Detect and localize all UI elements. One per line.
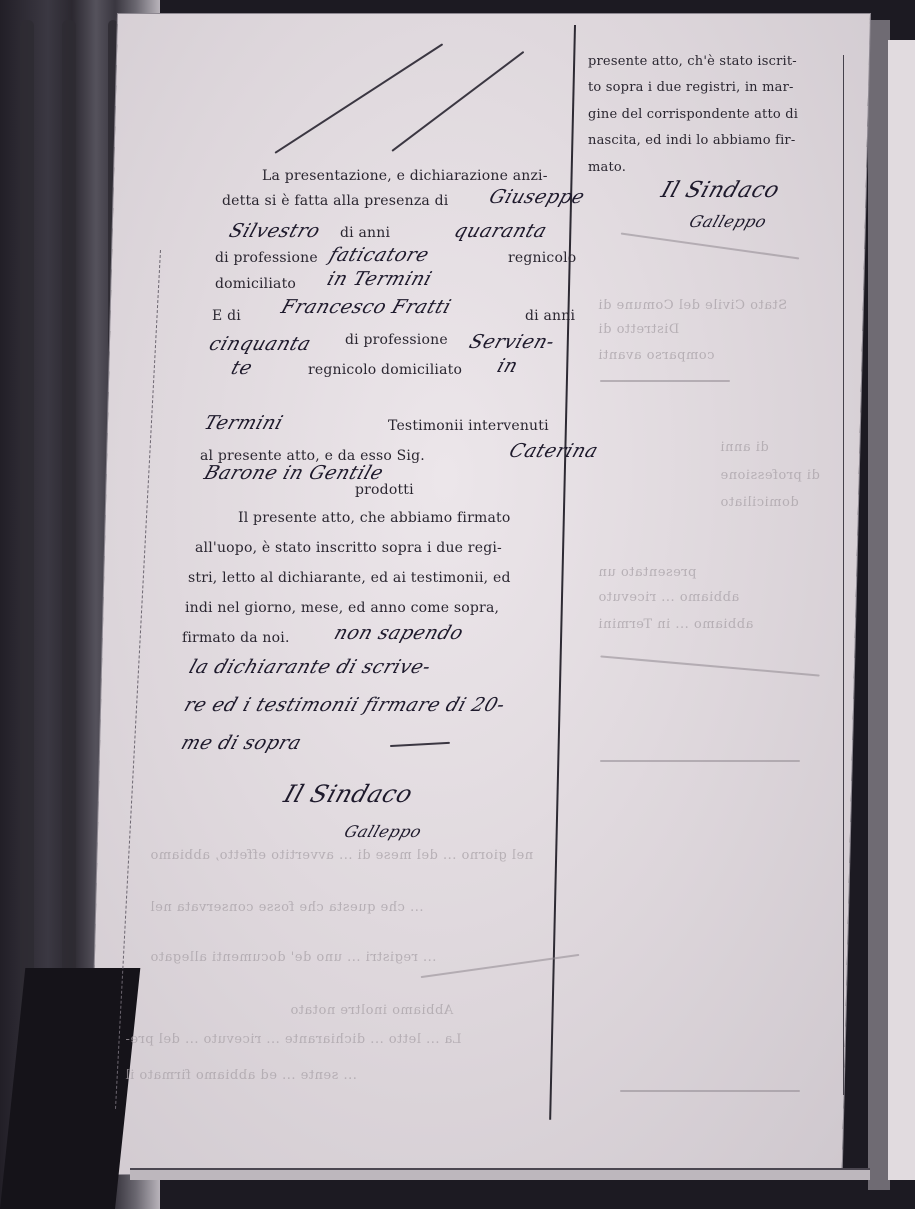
printed-text: di anni [525, 308, 575, 324]
closing-paragraph-line: firmato da noi. [182, 630, 290, 646]
bleed-through-line: abbiamo ... in Termini [598, 617, 753, 632]
printed-text: di anni [340, 225, 390, 241]
handwritten-residence: in Termini [324, 268, 434, 290]
handwritten-declarant-surname: Barone in Gentile [201, 462, 386, 484]
handwritten-age: quaranta [451, 220, 549, 242]
closing-paragraph-line: all'uopo, è stato inscritto sopra i due … [195, 540, 502, 556]
bleed-through-line: domiciliato [720, 495, 799, 510]
handwritten-profession: Servien- [466, 331, 557, 353]
right-paragraph-line: presente atto, ch'è stato iscrit- [588, 54, 797, 69]
handwritten-note-line: la dichiarante di scrive- [186, 656, 433, 678]
printed-text: regnicolo [508, 250, 576, 266]
bleed-through-line: Distretto di [598, 322, 679, 337]
printed-text: detta si è fatta alla presenza di [222, 193, 448, 209]
bleed-through-line: La ... letto ... dichiarante ... ricevut… [125, 1032, 462, 1047]
bleed-through-line: di anni [720, 440, 769, 455]
signature-title: Il Sindaco [280, 780, 416, 808]
bleed-through-handwriting [620, 1090, 800, 1092]
bleed-through-line: Stato Civile del Comune di [598, 298, 787, 313]
printed-text: prodotti [355, 482, 414, 498]
bleed-through-handwriting [600, 760, 800, 762]
right-paragraph-line: nascita, ed indi lo abbiamo fir- [588, 133, 795, 148]
bleed-through-line: presentato un [598, 565, 696, 580]
bleed-through-line: nel giorno ... del mese di ... avvertito… [150, 848, 533, 863]
signature-name: Galleppo [342, 822, 424, 841]
printed-text: La presentazione, e dichiarazione anzi- [262, 168, 548, 184]
bleed-through-line: ... sente ... ed abbiamo firmato il [125, 1068, 357, 1083]
right-paragraph-line: mato. [588, 160, 626, 175]
right-paragraph-line: gine del corrispondente atto di [588, 107, 798, 122]
handwritten-age: cinquanta [206, 333, 314, 355]
handwritten-note-line: non sapendo [331, 622, 466, 644]
page-gutter [868, 20, 890, 1190]
bleed-through-line: ... che questa che fosse conservata nel [150, 900, 423, 915]
handwritten-declarant-name: Caterina [506, 440, 601, 462]
printed-text: regnicolo domiciliato [308, 362, 462, 378]
bleed-through-line: comparso avanti [598, 348, 714, 363]
closing-paragraph-line: indi nel giorno, mese, ed anno come sopr… [185, 600, 499, 616]
signature-name: Galleppo [687, 212, 769, 231]
handwritten-witness-surname: Silvestro [226, 220, 323, 242]
closing-paragraph-line: Il presente atto, che abbiamo firmato [238, 510, 510, 526]
printed-text: domiciliato [215, 276, 296, 292]
bleed-through-line: Abbiamo inoltre notato [290, 1003, 453, 1018]
bleed-through-handwriting [600, 380, 730, 382]
closing-paragraph-line: stri, letto al dichiarante, ed ai testim… [188, 570, 511, 586]
page-bottom-edge [130, 1168, 870, 1180]
handwritten-witness-name: Francesco Fratti [278, 296, 454, 318]
bleed-through-line: di professione [720, 468, 820, 483]
right-margin-rule [843, 55, 844, 1095]
handwritten-profession: faticatore [326, 244, 432, 266]
facing-page-edge [888, 40, 915, 1180]
handwritten-witness-name: Giuseppe [486, 186, 587, 208]
bleed-through-line: abbiamo ... ricevuto [598, 590, 739, 605]
printed-text: E di [212, 308, 241, 324]
right-paragraph-line: to sopra i due registri, in mar- [588, 80, 794, 95]
handwritten-note-line: me di sopra [178, 732, 304, 754]
printed-text: di professione [215, 250, 318, 266]
printed-text: di professione [345, 332, 448, 348]
handwritten-residence-cont: Termini [201, 412, 286, 434]
printed-text: Testimonii intervenuti [388, 418, 549, 434]
handwritten-note-line: re ed i testimonii firmare di 20- [181, 694, 508, 716]
signature-title: Il Sindaco [658, 178, 783, 203]
bleed-through-line: ... registri ... uno de' documenti alleg… [150, 950, 436, 965]
